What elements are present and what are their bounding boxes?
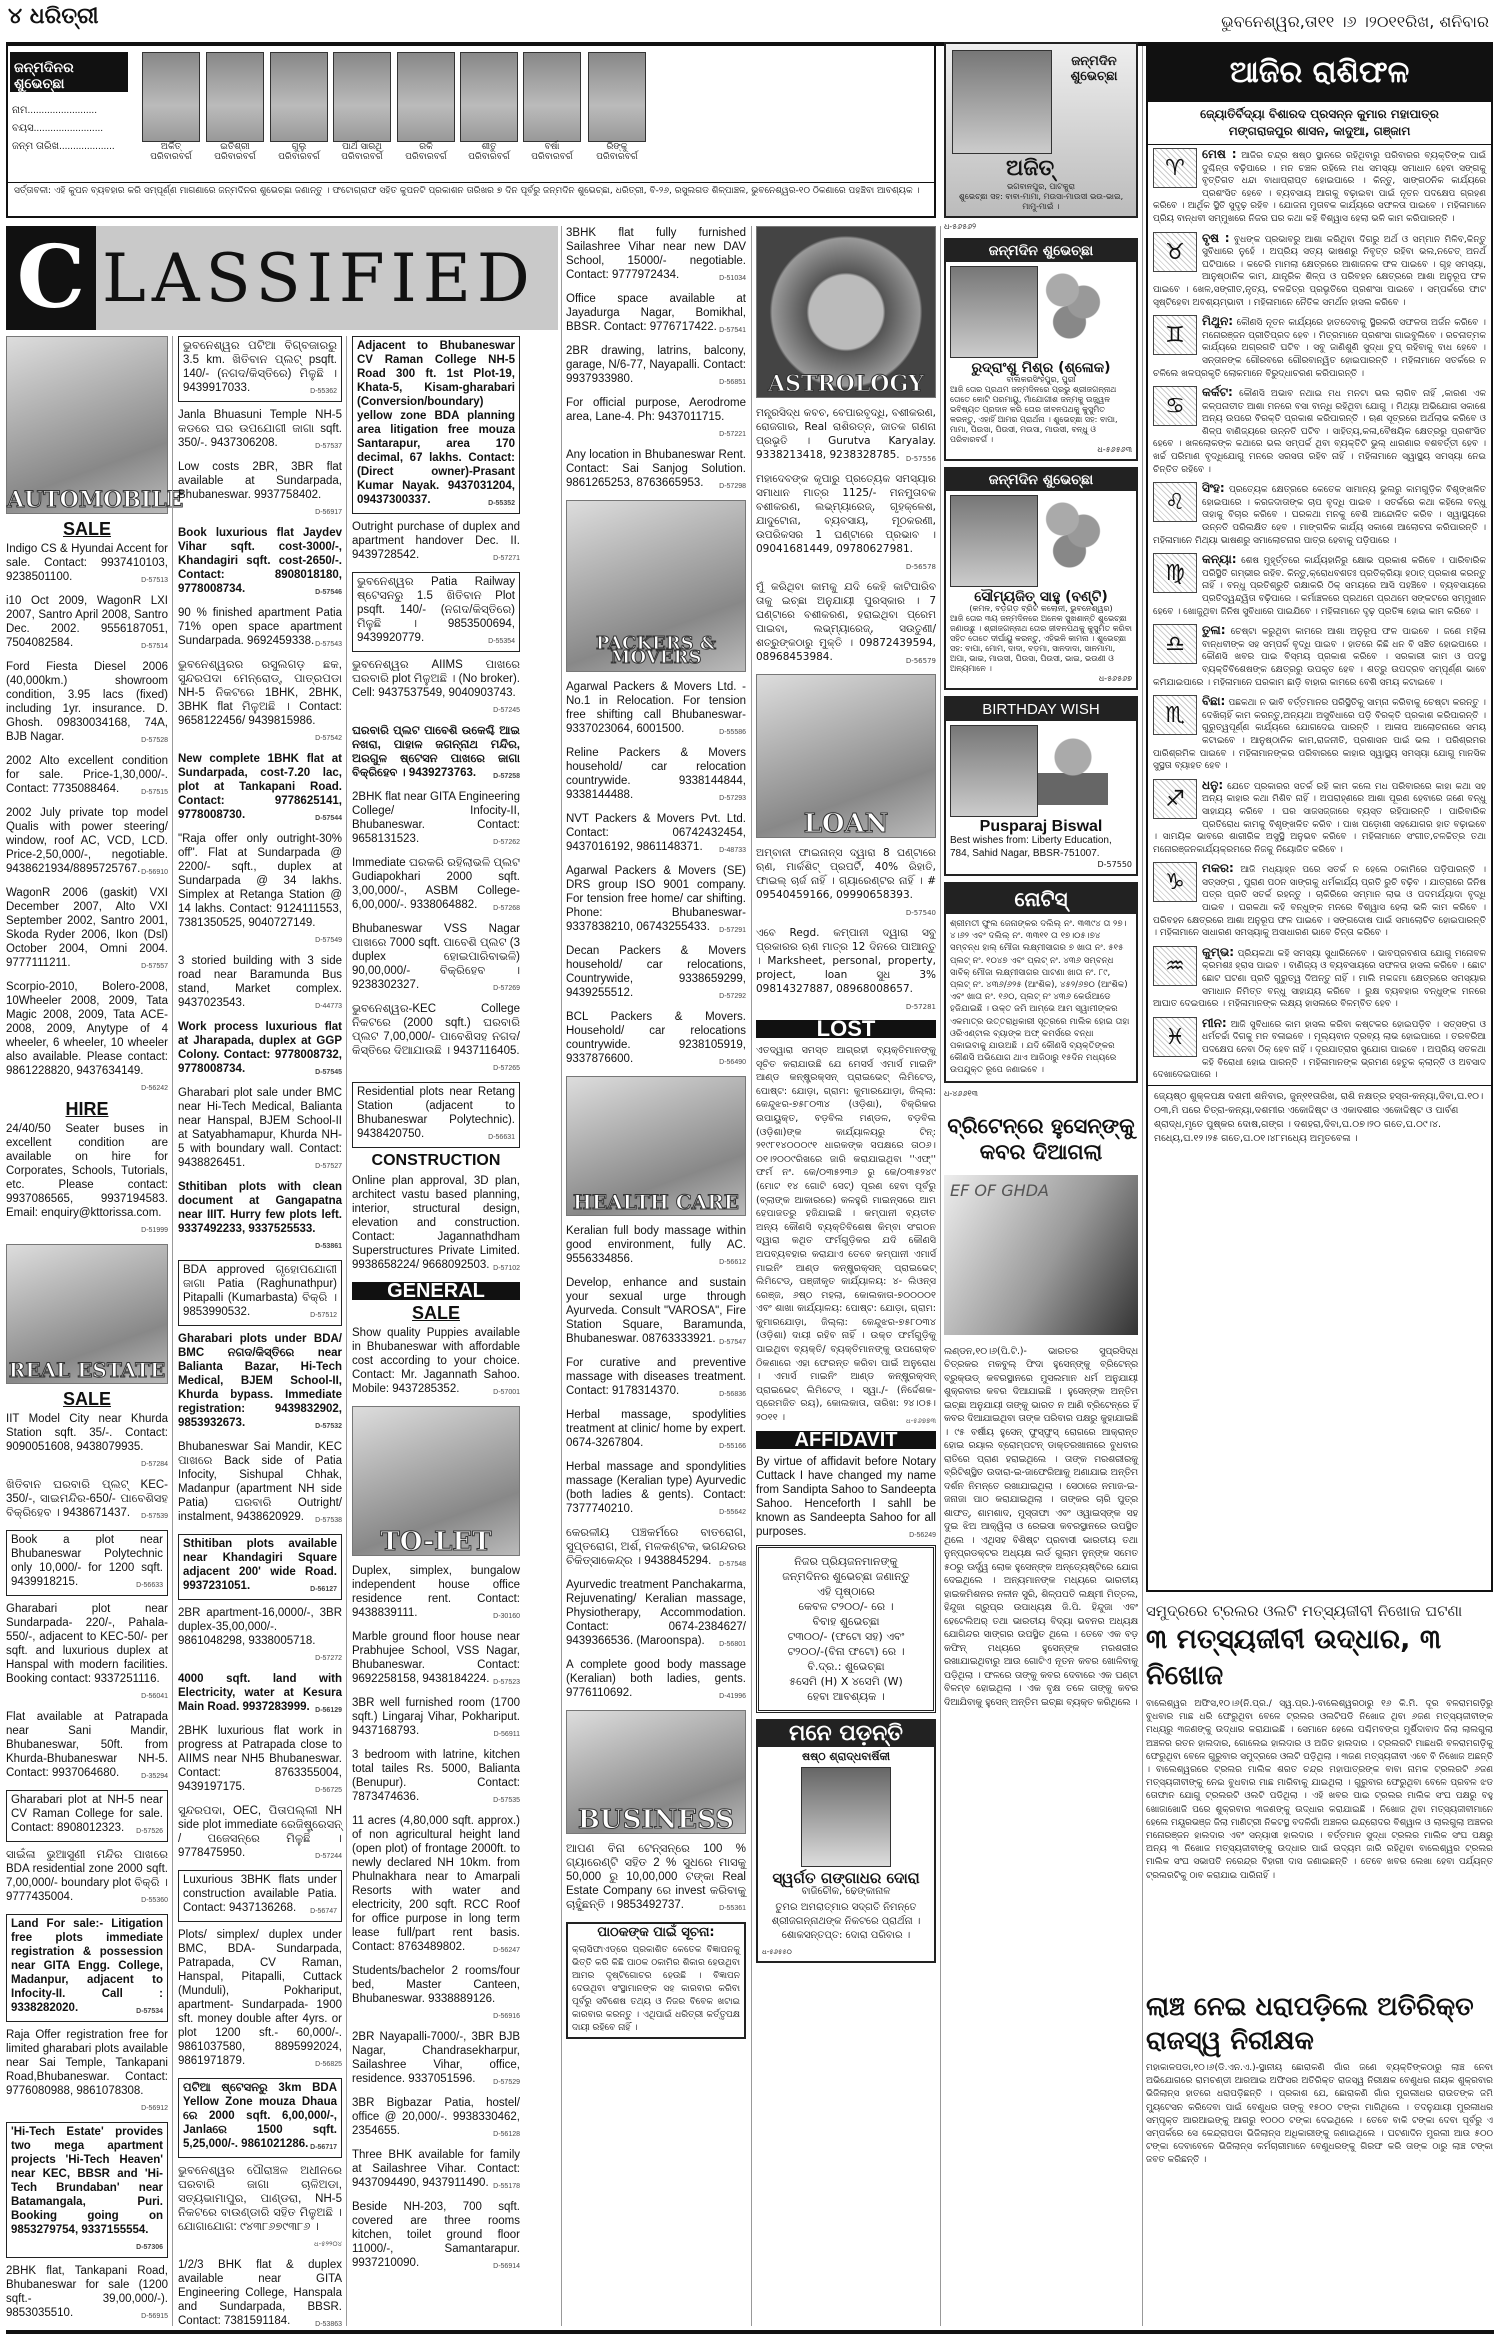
zodiac-sign-icon: ♐ [1153,779,1197,819]
classified-word: LASSIFIED [102,240,536,317]
classified-ad: 2BR drawing, latrins, balcony, garage, N… [566,344,746,390]
ad-code: D-57269 [493,982,520,996]
rashifal-box: ଜ୍ୟୋତିର୍ବିଦ୍ୟା ବିଶାରଦ ପ୍ରସନ୍ନ କୁମାର ମହାପ… [1146,100,1493,1592]
remembrance-subtitle: ଷଷ୍ଠ ଶ୍ରାଦ୍ଧବାର୍ଷିକୀ [758,1747,934,1767]
classified-ad: 3 bedroom with latrine, kitchen total ta… [352,1748,520,1808]
ad-code: D-57526 [136,1825,163,1839]
ad-code: D-56128 [493,2128,520,2142]
child-photo [523,52,581,142]
classified-ad: Beside NH-203, 700 sqft. covered are thr… [352,2200,520,2274]
rate-line: ଜନ୍ମଦିନର ଶୁଭେଚ୍ଛା ଜଣାନ୍ତୁ [761,1569,931,1584]
column-divider [561,226,562,2326]
classified-ad: i10 Oct 2009, WagonR LXI 2007, Santro Ap… [6,594,168,654]
classified-ad: 2BHK flat near GITA Engineering College/… [352,790,520,850]
ad-code: D-56717 [310,2141,337,2155]
column-packers-health-business: 3BHK flat fully furnished Sailashree Vih… [566,226,746,2045]
ad-code: D-57548 [719,1558,746,1572]
business-image: BUSINESS [566,1710,746,1834]
classified-ad: 3 storied building with 3 side road near… [178,954,342,1014]
ad-code: D-57512 [310,1309,337,1323]
zodiac-sign-name: ବୃଷ : [1202,231,1230,245]
child-photo [397,52,455,142]
classified-ad: BCL Packers & Movers. Household/ car rel… [566,1010,746,1070]
column-astrology-loan-lost: ASTROLOGY ମନ୍ତ୍ରସିଦ୍ଧ କବଚ, ବେପାରବୃଦ୍ଧି, … [756,226,936,1969]
zodiac-sign-name: ମେଷ : [1202,147,1237,161]
ad-code: D-57272 [315,1652,342,1666]
classified-ad: 2002 Alto excellent condition for sale. … [6,754,168,800]
classified-ad: 2BR apartment-16,0000/-, 3BR duplex-35,0… [178,1606,342,1666]
ajit-birthday-card: ଜନ୍ମଦିନ ଶୁଭେଚ୍ଛା ଅଜିତ୍ ଭଗବାନପୁର, ପାଟକୁରା… [944,42,1138,218]
classified-ad: Book a plot near Bhubaneswar Polytechnic… [6,1530,168,1596]
classified-ad: ଭୁବନେଶ୍ୱର AIIMS ପାଖରେ ଘରବାରି plot ମିଳୁଅଛ… [352,658,520,718]
zodiac-sign-icon: ♋ [1153,386,1197,426]
automobile-image: AUTOMOBILE [6,336,168,514]
classified-ad: Gharabari plot near Sundarpada- 220/-, P… [6,1602,168,1704]
child-photo-card: ରକିପରିବାରବର୍ଗ [397,52,455,162]
classified-ad: 2BR Nayapalli-7000/-, 3BR BJB Nagar, Cha… [352,2030,520,2090]
news-body: ମହାକାଳପଡା,୧୦।୬(ଡି.ଏନ.ଏ.)-ସ୍ଥାନୀୟ ଛୋରାକଣି… [1146,2062,1493,2168]
birthday-coupon-title: ଜନ୍ମଦିନର ଶୁଭେଚ୍ଛା [10,52,128,92]
reader-notice-box: ପାଠକଙ୍କ ପାଇଁ ସୂଚନା: କ୍ଲାସିଫାଏଡ୍‌ରେ ପ୍ରକା… [566,1922,746,2039]
ad-code: D-57221 [719,428,746,442]
ad-code: D-56490 [719,1056,746,1070]
section-heading-general: GENERAL [352,1282,520,1300]
lost-notice: ଏତଦ୍ୱାରା ସମସ୍ତ ଆଗ୍ରହୀ ବ୍ୟକ୍ତିମାନଙ୍କୁ ସୂଚ… [756,1044,936,1425]
ad-code: D-51999 [141,1224,168,1238]
column-divider [172,336,173,2326]
ajit-name: ଅଜିତ୍ [1006,156,1054,181]
birthday-wish-english-card: BIRTHDAY WISH Pusparaj Biswal Best wishe… [944,696,1138,876]
classified-ad: IIT Model City near Khurda Station sqft.… [6,1412,168,1472]
ad-code: D-56127 [310,1583,337,1597]
rate-line: ବିବାହ ଶୁଭେଚ୍ଛା [761,1614,931,1629]
news-headline: ୩ ମତ୍ସ୍ୟଜୀବୀ ଉଦ୍ଧାର, ୩ ନିଖୋଜ [1146,1622,1493,1694]
ad-code: D-57546 [315,586,342,600]
classified-ad: 24/40/50 Seater buses in excellent condi… [6,1122,168,1238]
classified-ad: Marble ground floor house near Prabhujee… [352,1630,520,1690]
zodiac-sign-name: ତୁଳା: [1202,623,1226,637]
classified-ad: ଭୁବନେଶ୍ୱର ପୌରାଞ୍ଚଳ ଅଧୀନରେ ଘରବାରି ଜାଗା ଚା… [178,2164,342,2252]
birthday-coupon-strip: ଜନ୍ମଦିନର ଶୁଭେଚ୍ଛା ନାମ...................… [6,42,936,218]
ad-code: D-56578 [906,560,936,574]
classified-ad: A complete good body massage (Keralian) … [566,1658,746,1704]
ad-code: D-44773 [315,1000,342,1014]
ad-code: D-57540 [906,906,936,920]
classified-ad: Book luxurious flat Jaydev Vihar sqft. c… [178,526,342,600]
zodiac-sign-entry: ♏ବିଛା: ପଛକଥା ନ ଭାବି ବର୍ତ୍ତମାନର ପରିସ୍ଥିତି… [1148,692,1491,776]
remembrance-text: ତୁମର ଅମରାତ୍ମାର ସଦ୍‌ଗତି ନିମନ୍ତେ ଶ୍ରୀଜଗନ୍ନ… [758,1899,934,1945]
zodiac-sign-entry: ♍କନ୍ୟା: ଶେଷ ମୁହୂର୍ତ୍ତରେ କାର୍ଯ୍ୟହାନିରୁ କ୍… [1148,550,1491,621]
coupon-field-dob: ଜନ୍ମ ତାରିଖ.................... [12,138,115,156]
ad-code: D-56612 [719,1256,746,1270]
ad-code: D-57542 [315,732,342,746]
classified-ad: Ford Fiesta Diesel 2006 (40,000km.) show… [6,660,168,748]
news-fishermen-story: ସମୁଦ୍ରରେ ଟ୍ରଲର ଓଲଟି ମତ୍ସ୍ୟଜୀବୀ ନିଖୋଜ ଘଟଣ… [1146,1602,1493,1883]
zodiac-sign-name: କନ୍ୟା: [1202,552,1237,566]
zodiac-sign-name: କୁମ୍ଭ: [1202,945,1234,959]
ad-code: D-56851 [719,376,746,390]
ad-code: D-57298 [719,480,746,494]
zodiac-sign-name: ମକର: [1202,861,1234,875]
classified-ad: Agarwal Packers & Movers Ltd. - No.1 in … [566,680,746,740]
classified-ad: Reline Packers & Movers household/ car r… [566,746,746,806]
bottom-rule [6,2330,1494,2334]
zodiac-sign-entry: ♈ମେଷ : ଆଜିର ଚନ୍ଦ୍ର ଷଷ୍ଠ ସ୍ଥାନରେ ରହିଥିବାର… [1148,145,1491,229]
zodiac-sign-name: ସିଂହ: [1202,481,1225,495]
hussain-photo: EF OF GHDA [944,1175,1138,1335]
ad-code: D-56914 [493,2260,520,2274]
ad-code: D-41996 [719,1690,746,1704]
real-estate-image: REAL ESTATE [6,1244,168,1384]
masthead: ୪ ଧରିତ୍ରୀ ଭୁବନେଶ୍ୱର,ତା୧୧ ।୬ ।୨୦୧୧ରିଖ, ଶନ… [8,4,1493,46]
ad-code: D-56917 [315,506,342,520]
classified-ad: ଏବେ Regd. କମ୍ପାନୀ ଦ୍ୱାରା ସବୁ ପ୍ରକାରର ଋଣ … [756,926,936,1014]
column-divider [751,226,752,2326]
classified-ad: Students/bachelor 2 rooms/four bed, Mast… [352,1964,520,2024]
classified-ad: ମୁଁ କରିଥିବା କାମକୁ ଯଦି କେହି କାଟିପାରିବ ତାକ… [756,580,936,668]
ad-code: D-57535 [493,1794,520,1808]
zodiac-sign-name: ବିଛା: [1202,694,1225,708]
section-heading-hire: HIRE [6,1102,168,1116]
news-body: ବାଲେଶ୍ୱର ଅଫିସ,୧୦।୬(ନି.ପ୍ର./ ସ୍ୱ.ପ୍ର.)-ବା… [1146,1698,1493,1883]
greeting-rate-box: ନିଜର ପ୍ରିୟଜନମାନଙ୍କୁଜନ୍ମଦିନର ଶୁଭେଚ୍ଛା ଜଣା… [756,1545,936,1713]
ad-code: D-57262 [493,836,520,850]
ad-code: D-55178 [493,2180,520,2194]
ad-code: D-55586 [719,726,746,740]
news-body: ଲଣ୍ଡନ,୧୦।୬(ପି.ଟି.)- ଭାରତର ସୁପ୍ରସିଦ୍ଧ ଚିତ… [944,1345,1138,1710]
ad-code: D-57268 [493,902,520,916]
news-kicker: ସମୁଦ୍ରରେ ଟ୍ରଲର ଓଲଟି ମତ୍ସ୍ୟଜୀବୀ ନିଖୋଜ ଘଟଣ… [1146,1602,1493,1620]
ad-code: D-57284 [141,1458,168,1472]
ad-code: D-57537 [315,440,342,454]
classified-ad: Gharabari plot sale under BMC near Hi-Te… [178,1086,342,1174]
ad-code: D-57513 [141,574,168,588]
ad-code: D-57293 [719,792,746,806]
classified-ad: 2002 July private top model Qualis with … [6,806,168,880]
child-photo [270,52,328,142]
section-heading-affidavit: AFFIDAVIT [756,1431,936,1449]
ad-code: D-57001 [493,1386,520,1400]
ad-code: D-48733 [719,844,746,858]
classified-ad: ସୁନ୍ଦରପଦା, OEC, ପିତାପଲ୍ଲୀ NH side plot i… [178,1804,342,1864]
classified-initial: C [6,226,96,330]
ad-code: D-35294 [141,1770,168,1784]
ad-code: D-57102 [493,1262,520,1276]
classified-ad: Any location in Bhubaneswar Rent. Contac… [566,448,746,494]
rate-line: ବି.ଦ୍ର.: ଶୁଭେଚ୍ଛା [761,1659,931,1674]
zodiac-sign-icon: ♉ [1153,232,1197,272]
ad-code: ଧ-୫୬୫୫୦ [758,1945,934,1961]
zodiac-sign-entry: ♎ତୁଳା: ଚେଷ୍ଟା କରୁଥିବା କାମରେ ଆଶା ଅନୁରୂପ ଫ… [1148,621,1491,692]
ad-code: D-53861 [315,1240,342,1254]
classified-ad: Flat available at Patrapada near Sani Ma… [6,1710,168,1784]
astrology-image: ASTROLOGY [756,226,936,398]
child-photo-card: ଶୀତୁପରିବାରବର୍ଗ [460,52,518,162]
child-photo [206,52,264,142]
column-realestate-construction: Adjacent to Bhubaneswar CV Raman College… [352,336,520,2280]
child-photo-card: ଗୁଲୁପରିବାରବର୍ଗ [270,52,328,162]
birthday-wish-card: ଜନ୍ମଦିନ ଶୁଭେଚ୍ଛା ରୁଦ୍ରାଂଶୁ ମିଶ୍ର (ଶ୍ଳୋକ)… [944,238,1138,461]
classified-ad: Ayurvedic treatment Panchakarma, Rejuven… [566,1578,746,1652]
child-photo-card: ଅର୍କିତ୍ପରିବାରବର୍ଗ [142,52,200,162]
zodiac-sign-icon: ♏ [1153,695,1197,735]
classified-ad: 1/2/3 BHK flat & duplex available near G… [178,2258,342,2332]
section-heading-lost: LOST [756,1020,936,1038]
ad-code: D-56910 [141,866,168,880]
health-care-image: HEALTH CARE [566,1076,746,1216]
coupon-field-age: ବୟସ......................... [12,120,115,138]
ad-code: D-57556 [906,452,936,466]
classified-ad: Agarwal Packers & Movers (SE) DRS group … [566,864,746,938]
child-photo [588,52,646,142]
ad-code: D-55362 [310,385,337,399]
classified-ad: 2BHK flat, Tankapani Road, Bhubaneswar f… [6,2264,168,2324]
zodiac-sign-icon: ♌ [1153,482,1197,522]
loan-image: LOAN [756,674,936,838]
ad-code: D-56242 [141,1082,168,1096]
classified-ad: BDA approved ଗୃହୋପଯୋଗୀ ଜାଗା Patia (Raghu… [178,1260,342,1326]
hussain-news-story: ବ୍ରିଟେନ୍‌ରେ ହୁସେନ୍‌ଙ୍କୁ କବର ଦିଆଗଲା EF OF… [944,1113,1138,1710]
classified-ad: Decan Packers & Movers household/ car re… [566,944,746,1004]
section-heading-sale: SALE [6,1392,168,1406]
remembrance-card: ମନେ ପଡ଼ନ୍ତି ଷଷ୍ଠ ଶ୍ରାଦ୍ଧବାର୍ଷିକୀ ସ୍ୱର୍ଗତ… [756,1719,936,1963]
classified-ad: ଭୁବନେଶ୍ୱରର ରସୁଲଗଡ଼ ଛକ, ସୁନ୍ଦରପଦା ମେନ୍‌ରୋ… [178,658,342,746]
classified-ad: ସାଇଁଳା ଭୁଆସୁଣୀ ମନ୍ଦିର ପାଖରେ BDA resident… [6,1848,168,1908]
classified-ad: ମନ୍ତ୍ରସିଦ୍ଧ କବଚ, ବେପାରବୃଦ୍ଧି, ବଶୀକରଣ, ରୋ… [756,406,936,466]
classified-ad: 'Hi-Tech Estate' provides two mega apart… [6,2122,168,2258]
classified-ad: New complete 1BHK flat at Sundarpada, co… [178,752,342,826]
ad-code: D-56725 [315,1784,342,1798]
zodiac-sign-icon: ♒ [1153,946,1197,986]
classified-ad: Land For sale:- Litigation free plots im… [6,1914,168,2022]
ad-code: D-56579 [906,654,936,668]
classified-ad: For curative and preventive massage with… [566,1356,746,1402]
classified-ad: Scorpio-2010, Bolero-2008, 10Wheeler 200… [6,980,168,1096]
classified-ad: ଭୁବନେଶ୍ୱର Patia Railway ଷ୍ଟେସନରୁ 1.5 ଖିତ… [352,572,520,652]
ajit-side-text: ଜନ୍ମଦିନ ଶୁଭେଚ୍ଛା [1058,54,1130,84]
ad-code: D-56836 [719,1388,746,1402]
classified-ad: 90 % finished apartment Patia 71% open s… [178,606,342,652]
classified-ad: Duplex, simplex, bungalow independent ho… [352,1564,520,1624]
classified-ad: 11 acres (4,80,000 sqft. approx.) of non… [352,1814,520,1958]
ad-code: D-56912 [141,2102,168,2116]
rate-line: ହେବା ଆବଶ୍ୟକ । [761,1689,931,1704]
section-heading-sale: SALE [352,1306,520,1320]
column-automobile-realestate: AUTOMOBILE SALE Indigo CS & Hyundai Acce… [6,336,168,2330]
child-photo [460,52,518,142]
column-divider [1142,46,1143,2326]
classified-ad: NVT Packers & Movers Pvt. Ltd. Contact: … [566,812,746,858]
classified-ad: ଆପଣ ବିନା ଟେନ୍‌ସନ୍‌ରେ 100 % ଗ୍ୟାରେଣ୍ଟି ସହ… [566,1842,746,1916]
ad-code: D-30160 [493,1610,520,1624]
ad-code: ଧ-୪୬୬୧୩ [944,1089,1138,1099]
notice-card: ନୋଟିସ୍ ଶ୍ରୀମତୀ ଫୁଲ ଜେନାଙ୍କର ଦଲିଲ୍ ନଂ. ୩୩… [944,882,1138,1083]
classified-ad: Keralian full body massage within good e… [566,1224,746,1270]
remembrance-photo [801,1767,891,1867]
ad-code: D-56911 [494,1728,520,1742]
child-photo [950,495,1038,587]
ad-code: D-56915 [141,2310,168,2324]
ad-code: D-57543 [315,638,342,652]
ad-code: D-57258 [493,770,520,784]
classified-ad: Raja Offer registration free for limited… [6,2028,168,2116]
section-heading-sale: SALE [6,522,168,536]
ad-code: D-56631 [488,1131,515,1145]
classified-ad: Indigo CS & Hyundai Accent for sale. Con… [6,542,168,588]
ajit-photo [952,50,1052,154]
ad-code: D-57291 [719,924,746,938]
ad-code: D-57281 [906,1000,936,1014]
classified-ad: ଖିତିବାନ ଘରବାରି ପ୍ଲଟ୍ KEC-350/-, ସାଇମନ୍ଦି… [6,1478,168,1524]
ad-code: D-57271 [493,552,520,566]
astrologer-credit: ଜ୍ୟୋତିର୍ବିଦ୍ୟା ବିଶାରଦ ପ୍ରସନ୍ନ କୁମାର ମହାପ… [1148,102,1491,145]
zodiac-sign-name: ଧନୁ: [1202,778,1223,792]
classified-ad: Sthitiban plots available near Khandagir… [178,1534,342,1600]
classified-ad: କେରଳୀୟ ପଞ୍ଚକର୍ମରେ ବାତରୋଗ, ସୁପ୍ତରୋଗ, ଅର୍ଶ… [566,1526,746,1572]
classified-ad: Adjacent to Bhubaneswar CV Raman College… [352,336,520,514]
classified-ad: Immediate ଘରକରି ରହିଲାଭଳି ପ୍ଲଟ Gudiapokha… [352,856,520,916]
classified-ad: ଅମ୍ବାନୀ ଫାଇନାନ୍ସ ଦ୍ୱାରା 8 ଘଣ୍ଟାରେ ଋଣ, ମା… [756,846,936,920]
birthday-wish-card: ଜନ୍ମଦିନ ଶୁଭେଚ୍ଛା ସୌମ୍ୟଜିତ୍ ସାହୁ (ବଣ୍ଟି) … [944,467,1138,690]
column-realestate-ads: ଭୁବନେଶ୍ୱର ପଟିଆ ବିଗ୍‌ବଜାରରୁ 3.5 km. ଖିତିବ… [178,336,342,2338]
classified-ad: Bhubaneswar VSS Nagar ପାଖରେ 7000 sqft. ପ… [352,922,520,996]
classified-ad: Work process luxurious flat at Jharapada… [178,1020,342,1080]
ad-code: D-56633 [136,1579,163,1593]
news-headline: ବ୍ରିଟେନ୍‌ରେ ହୁସେନ୍‌ଙ୍କୁ କବର ଦିଆଗଲା [944,1113,1138,1165]
classified-ad: Outright purchase of duplex and apartmen… [352,520,520,566]
classified-ad: 4000 sqft. land with Electricity, water … [178,1672,342,1718]
classified-ad: Plots/ simplex/ duplex under BMC, BDA- S… [178,1928,342,2072]
rate-line: କେବଳ ଟ୨୦୦/- ରେ । [761,1599,931,1614]
flower-vase-icon [1038,725,1108,805]
zodiac-sign-entry: ♑ମକର: ଆଜି ମଧ୍ୟାହ୍ନ ପରେ ସତର୍କ ନ ହେଲେ ଠକାମ… [1148,859,1491,943]
zodiac-sign-entry: ♉ବୃଷ : ବୁଧଙ୍କ ପ୍ରଭାବରୁ ଆଶା କରିଥିବା ଦିଗରୁ… [1148,229,1491,313]
classified-ad: 3BR well furnished room (1700 sqft.) Lin… [352,1696,520,1742]
zodiac-sign-icon: ♎ [1153,624,1197,664]
child-photo-card: ବର୍ଷାପରିବାରବର୍ଗ [523,52,581,162]
zodiac-sign-name: କର୍କଟ: [1202,385,1233,399]
panjika-almanac: ଜ୍ୟେଷ୍ଠ ଶୁକ୍ଳପକ୍ଷ ଦଶମୀ ଶନିବାର, ଜୁନ୍୧୧ତାର… [1148,1085,1491,1150]
ad-code: D-57534 [136,2005,163,2019]
rate-line: ଏହି ପୃଷ୍ଠାରେ [761,1584,931,1599]
remembrance-name: ସ୍ୱର୍ଗତ ଗଙ୍ଗାଧର ଦୋରା [758,1871,934,1885]
classified-ad: Bhubaneswar Sai Mandir, KEC ପାଖରେ Back s… [178,1440,342,1528]
column-divider [346,336,347,2326]
ad-code: D-55354 [488,635,515,649]
classified-banner: C LASSIFIED [6,226,558,330]
zodiac-sign-name: ମିଥୁନ: [1202,314,1233,328]
ad-code: D-57514 [141,640,168,654]
ad-code: D-55352 [488,497,515,511]
child-photo-card: ରିଙ୍କୁପରିବାରବର୍ଗ [588,52,646,162]
child-photo [142,52,200,142]
ad-code: D-57529 [493,2076,520,2090]
coupon-terms: ସର୍ତ୍ତାବଳୀ: ଏହି କୁପନ ବ୍ୟବହାର କରି ସମ୍ପୂର୍… [8,182,934,216]
rate-line: ୫ସେମି (H) X ୪ସେମି (W) [761,1674,931,1689]
classified-ad: WagonR 2006 (gaskit) VXI December 2007, … [6,886,168,974]
ad-code: D-57557 [141,960,168,974]
ad-code: D-57545 [315,1066,342,1080]
zodiac-sign-icon: ♑ [1153,862,1197,902]
ad-code: D-56129 [315,1704,342,1718]
rate-line: ଟ୩୦୦/- (ଫଟୋ ସହ) ଏବଂ [761,1629,931,1644]
zodiac-sign-entry: ♌ସିଂହ: ପ୍ରତ୍ୟେକ କ୍ଷେତ୍ରରେ କେତେକ ସାମାନ୍ୟ … [1148,479,1491,550]
ad-code: D-51034 [719,272,746,286]
ad-code: D-57538 [315,1514,342,1528]
zodiac-sign-entry: ♓ମୀନ: ଆଜି ସୁବିଧାରେ କାମ ହାସଲ କରିବା କଷ୍ଟକର… [1148,1014,1491,1085]
child-photo-card: ପାର୍ଥ ସାରଥିପରିବାରବର୍ଗ [333,52,391,162]
child-photo [333,52,391,142]
dateline: ଭୁବନେଶ୍ୱର,ତା୧୧ ।୬ ।୨୦୧୧ରିଖ, ଶନିବାର [1221,12,1489,32]
ad-code: D-57265 [493,1062,520,1076]
classified-ad: ଘରବାରି ପ୍ଲଟ ପାବେଶି ଉକେଶ୍ଚି ଆଇ ନଖରା, ପାହା… [352,724,520,784]
ad-code: D-57527 [315,1160,342,1174]
classified-ad: Online plan approval, 3D plan, architect… [352,1174,520,1276]
news-bribery-story: ଲାଞ୍ଚ ନେଇ ଧରାପଡ଼ିଲେ ଅତିରିକ୍ତ ରାଜସ୍ୱ ନିରୀ… [1146,1990,1493,2168]
classified-ad: 3BHK flat fully furnished Sailashree Vih… [566,226,746,286]
news-headline: ଲାଞ୍ଚ ନେଇ ଧରାପଡ଼ିଲେ ଅତିରିକ୍ତ ରାଜସ୍ୱ ନିରୀ… [1146,1990,1493,2058]
ad-code: D-57549 [315,934,342,948]
classified-ad: Gharabari plots under BDA/ BMC ନଗଦ/କିସ୍ତ… [178,1332,342,1434]
rate-line: ଟ୨୦୦/-(ବିନା ଫଟୋ) ରେ । [761,1644,931,1659]
ad-code: ଧ-୫୨୨୦୪ [314,2238,342,2252]
remembrance-title: ମନେ ପଡ଼ନ୍ତି [758,1721,934,1747]
person-photo [950,725,1038,817]
ad-code: D-57244 [315,1850,342,1864]
classified-ad: Residential plots near Retang Station (a… [352,1082,520,1148]
ad-code: D-55642 [719,1506,746,1520]
classified-ad: Show quality Puppies available in Bhuban… [352,1326,520,1400]
page-label: ୪ ଧରିତ୍ରୀ [8,4,99,29]
ad-code: D-57306 [136,2241,163,2255]
classified-ad: Three BHK available for family at Sailas… [352,2148,520,2194]
to-let-image: TO-LET [352,1406,520,1556]
classified-ad: 3BR Bigbazar Patia, hostel/ office @ 20,… [352,2096,520,2142]
classified-ad: ଭୁବନେଶ୍ୱର ପଟିଆ ବିଗ୍‌ବଜାରରୁ 3.5 km. ଖିତିବ… [178,336,342,402]
ad-code: D-57515 [141,786,168,800]
ad-code: D-55360 [141,1894,168,1908]
ad-code: D-57547 [719,1336,746,1350]
classified-ad: Low costs 2BR, 3BR flat available at Sun… [178,460,342,520]
ad-code: D-55361 [719,1902,746,1916]
zodiac-sign-icon: ♍ [1153,553,1197,593]
rate-line: ନିଜର ପ୍ରିୟଜନମାନଙ୍କୁ [761,1554,931,1569]
reader-notice-title: ପାଠକଙ୍କ ପାଇଁ ସୂଚନା: [568,1924,744,1942]
ad-code: D-57544 [315,812,342,826]
section-heading-construction: CONSTRUCTION [352,1154,520,1168]
rashifal-title: ଆଜିର ରାଶିଫଳ [1146,46,1493,100]
ad-code: D-57528 [141,734,168,748]
child-photo-card: ଇତିଶ୍ରୀପରିବାରବର୍ଗ [206,52,264,162]
ad-code: D-57532 [315,1420,342,1434]
zodiac-sign-entry: ♋କର୍କଟ: କୌଣସି ଅଭାବ ନଥାଇ ମଧ ମନଟା ଭଲ ଲାଗିବ… [1148,383,1491,479]
column-divider [940,226,941,2326]
classified-ad: Develop, enhance and sustain your sexual… [566,1276,746,1350]
ad-code: D-57245 [493,704,520,718]
reader-notice-text: କ୍ଲାସିଫାଏଡ୍‌ରେ ପ୍ରକାଶିତ କେତେକ ବିଜ୍ଞାପନକୁ… [568,1942,744,2037]
classified-ad: Herbal massage and spondylities massage … [566,1460,746,1520]
classified-ad: ପଟିଆ ଷ୍ଟେସନରୁ 3km BDA Yellow Zone mouza … [178,2078,342,2158]
classified-ad: For official purpose, Aerodrome area, La… [566,396,746,442]
coupon-form: ନାମ......................... ବୟସ........… [12,102,115,156]
affidavit-ad: By virtue of affidavit before Notary Cut… [756,1455,936,1539]
zodiac-sign-entry: ♒କୁମ୍ଭ: ପ୍ରିୟକଥା କହି ସମସ୍ୟା ସୁଧାରିନେବେ ।… [1148,943,1491,1014]
ad-code: D-57541 [719,324,746,338]
ad-code: ଧ-୫୬୫୬୨ [944,222,976,232]
zodiac-sign-icon: ♊ [1153,315,1197,355]
ad-code: D-56916 [493,2010,520,2024]
coupon-field-name: ନାମ......................... [12,102,115,120]
